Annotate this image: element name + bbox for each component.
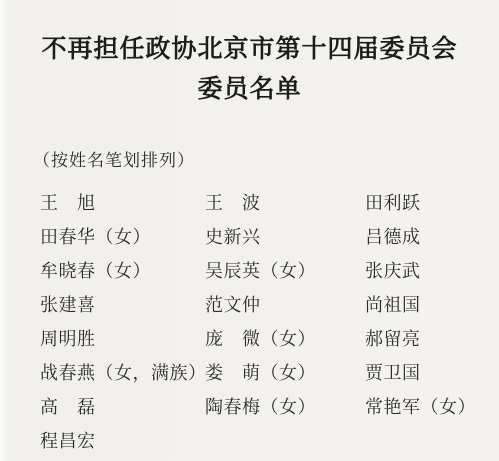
- sort-note: （按姓名笔划排列）: [33, 146, 499, 171]
- member-name: 牟晓春（女）: [40, 257, 205, 283]
- member-name: 田利跃: [365, 189, 499, 215]
- member-name: 吴辰英（女）: [205, 257, 365, 283]
- member-name: 庞 微（女）: [205, 325, 365, 351]
- title-line-2: 委员名单: [0, 70, 499, 110]
- member-name: 田春华（女）: [40, 223, 205, 249]
- member-name: 吕德成: [365, 223, 499, 249]
- member-name: 史新兴: [205, 223, 365, 249]
- document-title: 不再担任政协北京市第十四届委员会 委员名单: [0, 0, 499, 110]
- member-name: 贾卫国: [365, 359, 499, 385]
- member-name: 高 磊: [40, 393, 205, 419]
- member-name: 周明胜: [40, 325, 205, 351]
- member-name: 范文仲: [205, 291, 365, 317]
- member-name: 郝留亮: [365, 325, 499, 351]
- document-page: 不再担任政协北京市第十四届委员会 委员名单 （按姓名笔划排列） 王 旭 王 波 …: [0, 0, 499, 461]
- member-name: 程昌宏: [40, 427, 205, 453]
- member-name: 娄 萌（女）: [205, 359, 365, 385]
- member-name: 张庆武: [365, 257, 499, 283]
- member-name: 常艳军（女）: [365, 393, 499, 419]
- member-name: 陶春梅（女）: [205, 393, 365, 419]
- member-name: 王 波: [205, 189, 365, 215]
- member-name: 张建喜: [40, 291, 205, 317]
- member-name: 王 旭: [40, 189, 205, 215]
- title-line-1: 不再担任政协北京市第十四届委员会: [0, 30, 499, 70]
- member-name: 尚祖国: [365, 291, 499, 317]
- member-name-table: 王 旭 王 波 田利跃 田春华（女） 史新兴 吕德成 牟晓春（女） 吴辰英（女）…: [40, 185, 499, 457]
- member-name: 战春燕（女，满族）: [40, 359, 205, 385]
